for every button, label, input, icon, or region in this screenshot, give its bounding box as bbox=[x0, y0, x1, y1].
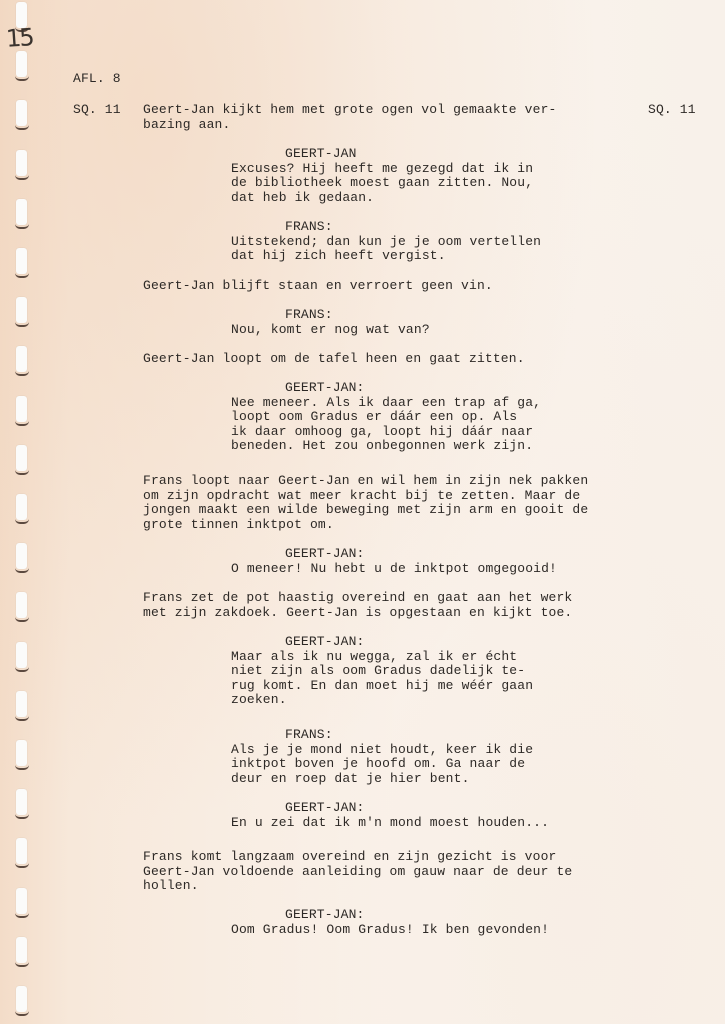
binding-hole bbox=[16, 838, 27, 864]
character-name: GEERT-JAN: bbox=[285, 635, 365, 650]
text-line: zoeken. bbox=[231, 693, 533, 708]
character-name: FRANS: bbox=[285, 728, 333, 743]
binding-hole bbox=[16, 592, 27, 618]
binding-hole bbox=[16, 642, 27, 668]
action-paragraph: Geert-Jan kijkt hem met grote ogen vol g… bbox=[143, 103, 556, 132]
text-line: Geert-Jan kijkt hem met grote ogen vol g… bbox=[143, 103, 556, 118]
text-line: Geert-Jan blijft staan en verroert geen … bbox=[143, 279, 493, 294]
dialogue-text: Als je je mond niet houdt, keer ik diein… bbox=[231, 743, 533, 787]
text-line: Frans komt langzaam overeind en zijn gez… bbox=[143, 850, 572, 865]
text-line: loopt oom Gradus er dáár een op. Als bbox=[231, 410, 541, 425]
text-line: jongen maakt een wilde beweging met zijn… bbox=[143, 503, 588, 518]
text-line: Nou, komt er nog wat van? bbox=[231, 323, 430, 338]
action-paragraph: Frans komt langzaam overeind en zijn gez… bbox=[143, 850, 572, 894]
binding-hole bbox=[16, 494, 27, 520]
text-line: Geert-Jan loopt om de tafel heen en gaat… bbox=[143, 352, 525, 367]
text-line: dat hij zich heeft vergist. bbox=[231, 249, 541, 264]
character-name: GEERT-JAN: bbox=[285, 547, 365, 562]
character-name: GEERT-JAN: bbox=[285, 908, 365, 923]
action-paragraph: Frans zet de pot haastig overeind en gaa… bbox=[143, 591, 572, 620]
dialogue-text: Maar als ik nu wegga, zal ik er échtniet… bbox=[231, 650, 533, 708]
text-line: Geert-Jan voldoende aanleiding om gauw n… bbox=[143, 865, 572, 880]
action-paragraph: Geert-Jan blijft staan en verroert geen … bbox=[143, 279, 493, 294]
text-line: dat heb ik gedaan. bbox=[231, 191, 533, 206]
text-line: Frans zet de pot haastig overeind en gaa… bbox=[143, 591, 572, 606]
dialogue-text: O meneer! Nu hebt u de inktpot omgegooid… bbox=[231, 562, 557, 577]
scene-number-left: SQ. 11 bbox=[73, 103, 121, 118]
character-name: FRANS: bbox=[285, 220, 333, 235]
text-line: beneden. Het zou onbegonnen werk zijn. bbox=[231, 439, 541, 454]
text-line: de bibliotheek moest gaan zitten. Nou, bbox=[231, 176, 533, 191]
character-name: FRANS: bbox=[285, 308, 333, 323]
text-line: met zijn zakdoek. Geert-Jan is opgestaan… bbox=[143, 606, 572, 621]
text-line: Oom Gradus! Oom Gradus! Ik ben gevonden! bbox=[231, 923, 549, 938]
binding-hole bbox=[16, 150, 27, 176]
typewritten-script-page: 15 AFL. 8 SQ. 11 SQ. 11 Geert-Jan kijkt … bbox=[0, 0, 725, 1024]
dialogue-text: Nee meneer. Als ik daar een trap af ga,l… bbox=[231, 396, 541, 454]
binding-hole bbox=[16, 100, 27, 126]
character-name: GEERT-JAN: bbox=[285, 381, 365, 396]
episode-label: AFL. 8 bbox=[73, 72, 121, 87]
binding-hole bbox=[16, 51, 27, 77]
text-line: ik daar omhoog ga, loopt hij dáár naar bbox=[231, 425, 541, 440]
text-line: Maar als ik nu wegga, zal ik er écht bbox=[231, 650, 533, 665]
handwritten-page-number: 15 bbox=[5, 23, 33, 53]
text-line: Als je je mond niet houdt, keer ik die bbox=[231, 743, 533, 758]
text-line: Excuses? Hij heeft me gezegd dat ik in bbox=[231, 162, 533, 177]
binding-hole bbox=[16, 396, 27, 422]
binding-hole bbox=[16, 691, 27, 717]
text-line: rug komt. En dan moet hij me wéér gaan bbox=[231, 679, 533, 694]
text-line: om zijn opdracht wat meer kracht bij te … bbox=[143, 489, 588, 504]
binding-hole bbox=[16, 543, 27, 569]
dialogue-text: Excuses? Hij heeft me gezegd dat ik inde… bbox=[231, 162, 533, 206]
dialogue-text: Nou, komt er nog wat van? bbox=[231, 323, 430, 338]
binding-hole bbox=[16, 346, 27, 372]
binding-hole bbox=[16, 297, 27, 323]
text-line: Uitstekend; dan kun je je oom vertellen bbox=[231, 235, 541, 250]
text-line: deur en roep dat je hier bent. bbox=[231, 772, 533, 787]
binding-hole bbox=[16, 986, 27, 1012]
character-name: GEERT-JAN: bbox=[285, 801, 365, 816]
dialogue-text: Uitstekend; dan kun je je oom vertellend… bbox=[231, 235, 541, 264]
binding-hole bbox=[16, 740, 27, 766]
text-line: inktpot boven je hoofd om. Ga naar de bbox=[231, 757, 533, 772]
binding-holes bbox=[14, 0, 34, 1024]
action-paragraph: Geert-Jan loopt om de tafel heen en gaat… bbox=[143, 352, 525, 367]
dialogue-text: Oom Gradus! Oom Gradus! Ik ben gevonden! bbox=[231, 923, 549, 938]
text-line: bazing aan. bbox=[143, 118, 556, 133]
action-paragraph: Frans loopt naar Geert-Jan en wil hem in… bbox=[143, 474, 588, 532]
binding-hole bbox=[16, 937, 27, 963]
binding-hole bbox=[16, 248, 27, 274]
text-line: hollen. bbox=[143, 879, 572, 894]
binding-hole bbox=[16, 445, 27, 471]
text-line: Nee meneer. Als ik daar een trap af ga, bbox=[231, 396, 541, 411]
text-line: niet zijn als oom Gradus dadelijk te- bbox=[231, 664, 533, 679]
dialogue-text: En u zei dat ik m'n mond moest houden... bbox=[231, 816, 549, 831]
character-name: GEERT-JAN bbox=[285, 147, 357, 162]
binding-hole bbox=[16, 789, 27, 815]
scene-number-right: SQ. 11 bbox=[648, 103, 696, 118]
binding-hole bbox=[16, 199, 27, 225]
text-line: O meneer! Nu hebt u de inktpot omgegooid… bbox=[231, 562, 557, 577]
text-line: Frans loopt naar Geert-Jan en wil hem in… bbox=[143, 474, 588, 489]
text-line: En u zei dat ik m'n mond moest houden... bbox=[231, 816, 549, 831]
text-line: grote tinnen inktpot om. bbox=[143, 518, 588, 533]
binding-hole bbox=[16, 888, 27, 914]
